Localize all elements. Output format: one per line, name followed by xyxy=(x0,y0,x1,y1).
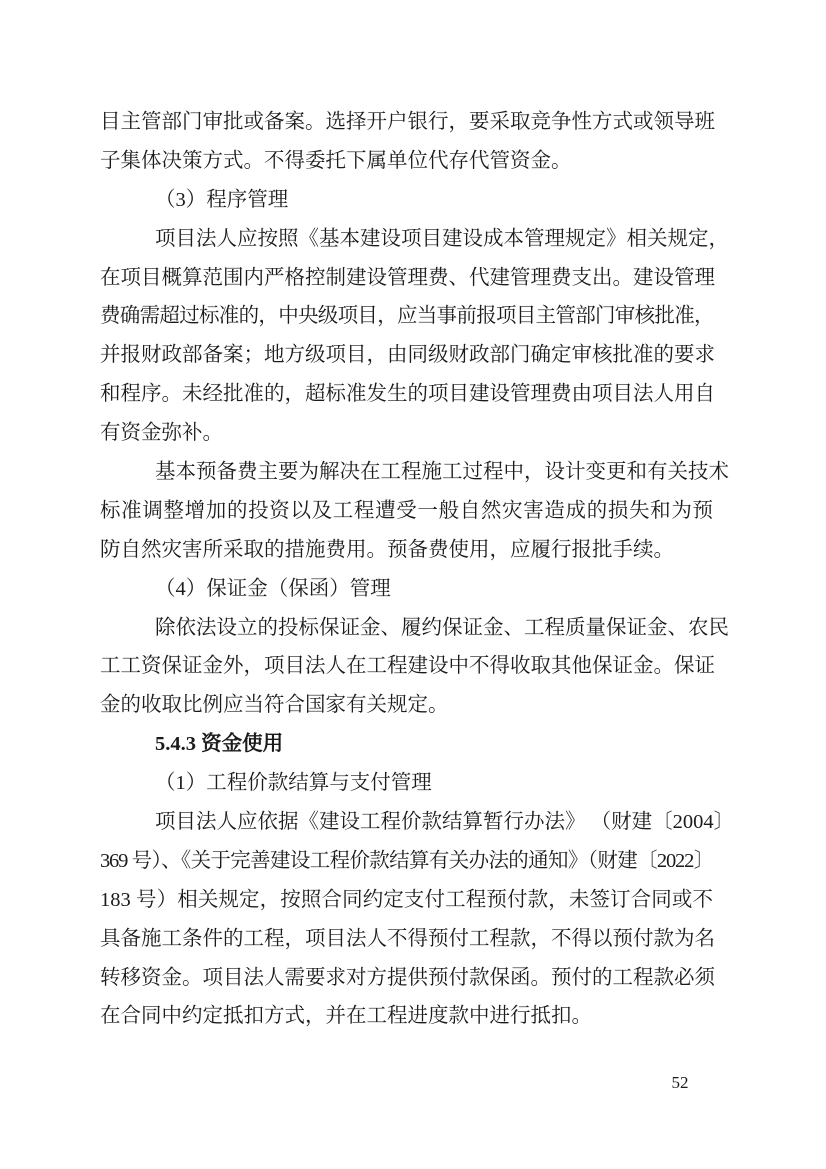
text-line: 在项目概算范围内严格控制建设管理费、代建管理费支出。建设管理 xyxy=(100,259,713,298)
subsection-label-1: （1）工程价款结算与支付管理 xyxy=(100,764,713,803)
text-line: 费确需超过标准的，中央级项目，应当事前报项目主管部门审核批准， xyxy=(100,297,713,336)
text-line: 除依法设立的投标保证金、履约保证金、工程质量保证金、农民 xyxy=(100,609,713,648)
text-line: 工工资保证金外，项目法人在工程建设中不得收取其他保证金。保证 xyxy=(100,647,713,686)
page-number: 52 xyxy=(645,1073,715,1093)
page-body-text: 目主管部门审批或备案。选择开户银行，要采取竞争性方式或领导班 子集体决策方式。不… xyxy=(100,103,713,1036)
text-line: 标准调整增加的投资以及工程遭受一般自然灾害造成的损失和为预 xyxy=(100,492,713,531)
text-line: 子集体决策方式。不得委托下属单位代存代管资金。 xyxy=(100,142,713,181)
text-line: 防自然灾害所采取的措施费用。预备费使用，应履行报批手续。 xyxy=(100,531,713,570)
text-line: 项目法人应按照《基本建设项目建设成本管理规定》相关规定， xyxy=(100,220,713,259)
text-line: 369 号）、《关于完善建设工程价款结算有关办法的通知》（财建〔2022〕 xyxy=(100,842,713,881)
text-line: 在合同中约定抵扣方式，并在工程进度款中进行抵扣。 xyxy=(100,997,713,1036)
text-line: 有资金弥补。 xyxy=(100,414,713,453)
text-line: 具备施工条件的工程，项目法人不得预付工程款，不得以预付款为名 xyxy=(100,920,713,959)
text-line: 项目法人应依据《建设工程价款结算暂行办法》 （财建〔2004〕 xyxy=(100,803,713,842)
text-line: 基本预备费主要为解决在工程施工过程中，设计变更和有关技术 xyxy=(100,453,713,492)
text-line: 和程序。未经批准的，超标准发生的项目建设管理费由项目法人用自 xyxy=(100,375,713,414)
text-line: 金的收取比例应当符合国家有关规定。 xyxy=(100,686,713,725)
document-page: 目主管部门审批或备案。选择开户银行，要采取竞争性方式或领导班 子集体决策方式。不… xyxy=(0,0,826,1169)
subsection-label-4: （4）保证金（保函）管理 xyxy=(100,570,713,609)
text-line: 目主管部门审批或备案。选择开户银行，要采取竞争性方式或领导班 xyxy=(100,103,713,142)
text-line: 转移资金。项目法人需要求对方提供预付款保函。预付的工程款必须 xyxy=(100,959,713,998)
text-line: 并报财政部备案；地方级项目，由同级财政部门确定审核批准的要求 xyxy=(100,336,713,375)
subsection-label-3: （3）程序管理 xyxy=(100,181,713,220)
section-heading: 5.4.3 资金使用 xyxy=(100,725,713,764)
text-line: 183 号）相关规定，按照合同约定支付工程预付款，未签订合同或不 xyxy=(100,881,713,920)
